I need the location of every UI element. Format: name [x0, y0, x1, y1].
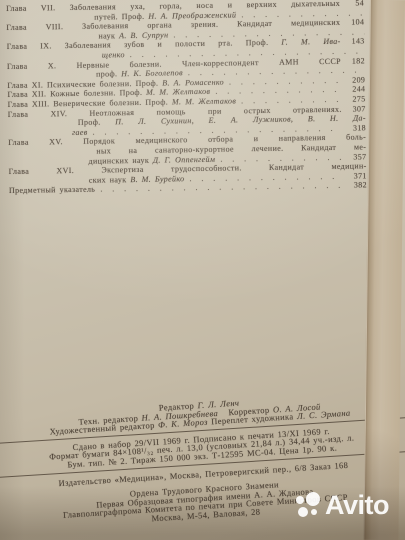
dot-leader: . . . . . . . . . . . . . . . . . . . . … [215, 152, 342, 164]
page-number: 182 [345, 56, 365, 66]
page-number: 371 [347, 171, 367, 181]
text-segment: А. В. Супрун [119, 30, 168, 40]
avito-logo-circle [298, 507, 308, 517]
text-segment: В. А. Ромасенко [162, 77, 224, 87]
page-number: 307 [346, 104, 366, 114]
page-number: 275 [345, 94, 365, 104]
text-segment: наук [98, 31, 119, 40]
toc-line-text: Предметный указатель [9, 185, 95, 196]
avito-logo-icon [295, 492, 322, 519]
text-segment: Предметный указатель [9, 185, 95, 195]
text-segment: Ф. К. Мороз [158, 417, 208, 430]
text-segment: Д. Г. Оппенгейм [153, 154, 216, 164]
avito-label: Avito [325, 492, 389, 519]
avito-logo-circle [306, 492, 320, 506]
text-segment: гаев [72, 127, 88, 136]
page-number: 318 [346, 123, 366, 133]
page-number: 244 [345, 85, 365, 95]
text-segment: В. М. Бурейко [130, 174, 184, 184]
avito-logo-circle [296, 496, 304, 504]
text-segment: дицинских наук [88, 155, 153, 165]
avito-watermark: Avito [295, 492, 389, 519]
text-segment: проф. [96, 69, 121, 78]
book-page-photo: А. С.. . . . . . . . . . . . . . . . . .… [0, 0, 405, 540]
text-segment: М. М. Желтаков [172, 96, 236, 106]
text-segment: Н. К. Боголепов [121, 68, 183, 78]
toc-line-text: гаев [72, 127, 88, 137]
text-segment: путей. Проф. [94, 11, 148, 21]
text-segment: щенко [102, 50, 125, 59]
text-segment: Проф. [78, 117, 115, 127]
page-number: 104 [344, 18, 364, 28]
text-segment: Г. М. Ива- [281, 37, 340, 47]
text-segment: М. М. Желтаков [146, 87, 210, 97]
page-number: 143 [345, 37, 365, 47]
page-number: 357 [346, 152, 366, 162]
toc-line-text: щенко [102, 50, 125, 60]
table-of-contents: Глава VII. Заболевания уха, горла, носа … [6, 0, 367, 196]
page-number: 382 [347, 181, 367, 191]
page-edge [363, 0, 405, 540]
page-number: 209 [345, 75, 365, 85]
dot-leader: . . . . . . . . . . . . . . . . . . . . … [236, 95, 342, 106]
avito-logo-circle [311, 509, 317, 515]
dot-leader: . . . . . . . . . . . . . . . . . . . . … [236, 8, 364, 20]
text-segment: ских наук [89, 175, 131, 185]
text-segment: Л. С. Эрмана [297, 408, 351, 421]
